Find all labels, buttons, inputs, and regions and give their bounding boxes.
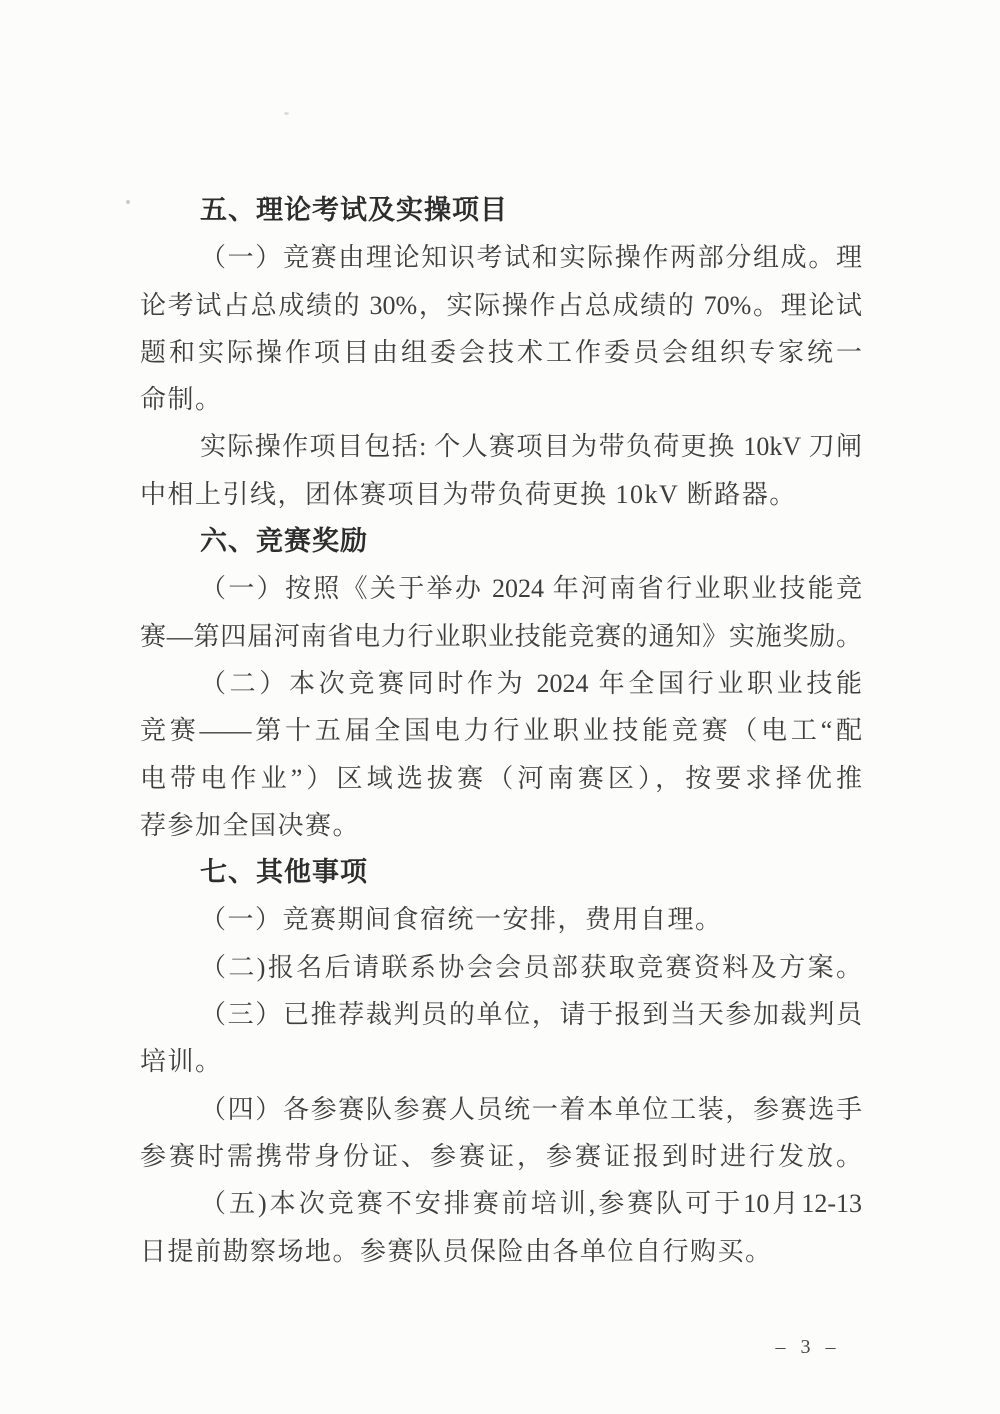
page-number: – 3 – — [763, 1336, 853, 1359]
text-line: （四）各参赛队参赛人员统一着本单位工装，参赛选手 — [140, 1086, 862, 1133]
text-line: 日提前勘察场地。参赛队员保险由各单位自行购买。 — [140, 1228, 862, 1275]
document-body: 五、理论考试及实操项目（一）竞赛由理论知识考试和实际操作两部分组成。理论考试占总… — [140, 0, 862, 1275]
paragraph: （二）本次竞赛同时作为 2024 年全国行业职业技能竞赛——第十五届全国电力行业… — [140, 660, 862, 849]
text-line: 竞赛——第十五届全国电力行业职业技能竞赛（电工“配 — [140, 707, 862, 754]
paragraph: （二)报名后请联系协会会员部获取竞赛资料及方案。 — [140, 944, 862, 991]
paragraph: （五)本次竞赛不安排赛前培训,参赛队可于10月12-13日提前勘察场地。参赛队员… — [140, 1180, 862, 1275]
paragraph: 实际操作项目包括: 个人赛项目为带负荷更换 10kV 刀闸中相上引线，团体赛项目… — [140, 423, 862, 518]
text-line: 命制。 — [140, 376, 862, 423]
text-line: （一）按照《关于举办 2024 年河南省行业职业技能竞 — [140, 565, 862, 612]
paragraph: （三）已推荐裁判员的单位，请于报到当天参加裁判员培训。 — [140, 991, 862, 1086]
paragraph: （一）按照《关于举办 2024 年河南省行业职业技能竞赛—第四届河南省电力行业职… — [140, 565, 862, 660]
text-line: 荐参加全国决赛。 — [140, 802, 862, 849]
text-line: （三）已推荐裁判员的单位，请于报到当天参加裁判员 — [140, 991, 862, 1038]
paragraph: （一）竞赛期间食宿统一安排，费用自理。 — [140, 896, 862, 943]
text-line: 电带电作业”）区域选拔赛（河南赛区），按要求择优推 — [140, 755, 862, 802]
text-line: （二）本次竞赛同时作为 2024 年全国行业职业技能 — [140, 660, 862, 707]
section-heading: 六、竞赛奖励 — [140, 518, 862, 565]
scan-speck — [126, 200, 130, 204]
text-line: 论考试占总成绩的 30%，实际操作占总成绩的 70%。理论试 — [140, 282, 862, 329]
scanned-document-page: 五、理论考试及实操项目（一）竞赛由理论知识考试和实际操作两部分组成。理论考试占总… — [0, 0, 1000, 1414]
section-heading: 七、其他事项 — [140, 849, 862, 896]
text-line: （五)本次竞赛不安排赛前培训,参赛队可于10月12-13 — [140, 1180, 862, 1227]
text-line: 题和实际操作项目由组委会技术工作委员会组织专家统一 — [140, 329, 862, 376]
text-line: （二)报名后请联系协会会员部获取竞赛资料及方案。 — [140, 944, 862, 991]
section-heading: 五、理论考试及实操项目 — [140, 187, 862, 234]
text-line: 中相上引线，团体赛项目为带负荷更换 10kV 断路器。 — [140, 471, 862, 518]
paragraph: （一）竞赛由理论知识考试和实际操作两部分组成。理论考试占总成绩的 30%，实际操… — [140, 234, 862, 423]
text-line: 培训。 — [140, 1038, 862, 1085]
text-line: （一）竞赛期间食宿统一安排，费用自理。 — [140, 896, 862, 943]
paragraph: （四）各参赛队参赛人员统一着本单位工装，参赛选手参赛时需携带身份证、参赛证，参赛… — [140, 1086, 862, 1181]
text-line: 实际操作项目包括: 个人赛项目为带负荷更换 10kV 刀闸 — [140, 423, 862, 470]
text-line: 参赛时需携带身份证、参赛证，参赛证报到时进行发放。 — [140, 1133, 862, 1180]
text-line: （一）竞赛由理论知识考试和实际操作两部分组成。理 — [140, 234, 862, 281]
text-line: 赛—第四届河南省电力行业职业技能竞赛的通知》实施奖励。 — [140, 613, 862, 660]
